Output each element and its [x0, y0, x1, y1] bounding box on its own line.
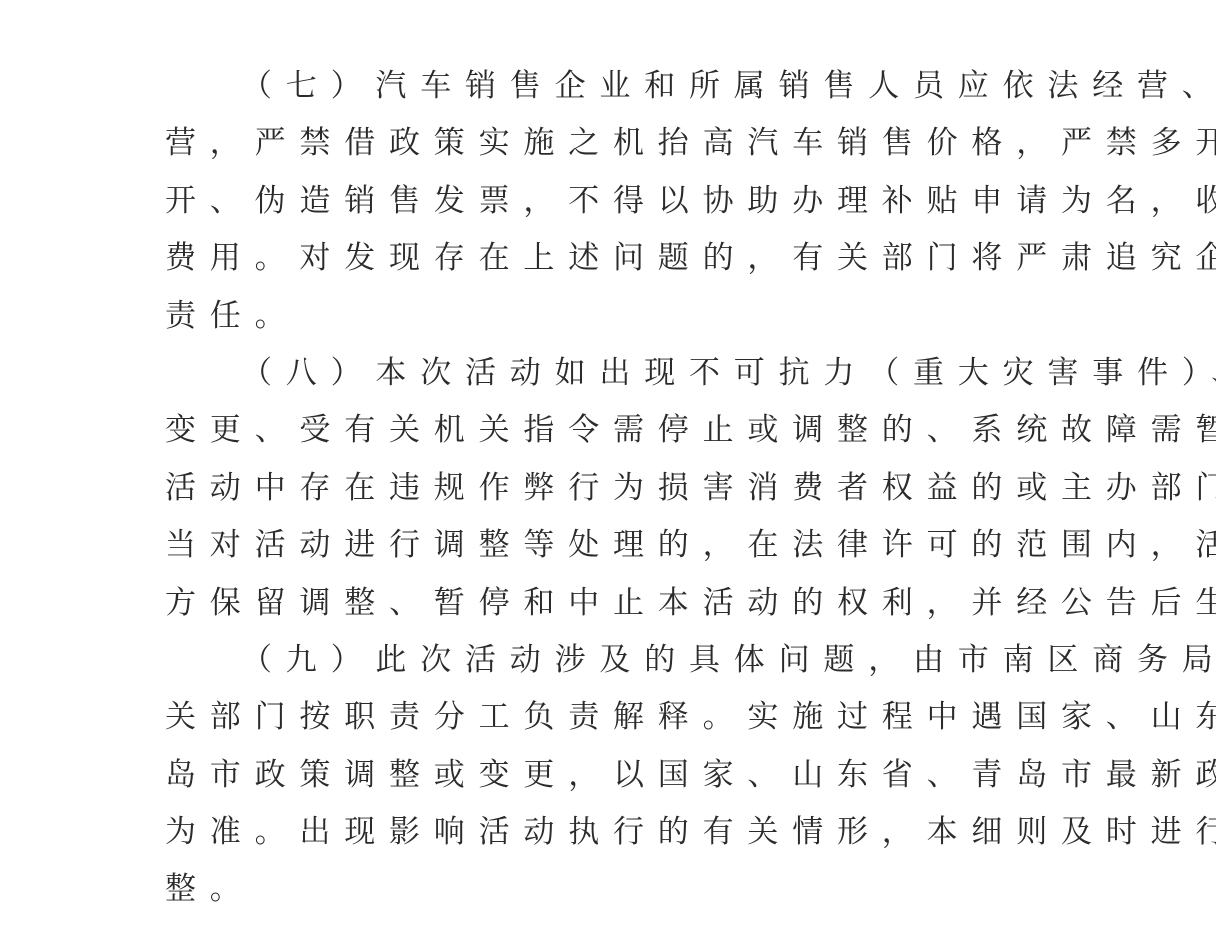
text-line: 责任。: [165, 288, 1070, 345]
text-line: 营，严禁借政策实施之机抬高汽车销售价格，严禁多开、虚: [165, 115, 1070, 172]
paragraph-item-9: （九）此次活动涉及的具体问题，由市南区商务局会同有 关部门按职责分工负责解释。实…: [165, 632, 1070, 919]
text-line: （八）本次活动如出现不可抗力（重大灾害事件）、情势: [165, 345, 1070, 402]
paragraph-item-8: （八）本次活动如出现不可抗力（重大灾害事件）、情势 变更、受有关机关指令需停止或…: [165, 345, 1070, 632]
text-line: 为准。出现影响活动执行的有关情形，本细则及时进行优化调: [165, 804, 1070, 861]
document-body: （七）汽车销售企业和所属销售人员应依法经营、诚信经 营，严禁借政策实施之机抬高汽…: [165, 58, 1070, 919]
text-line: 当对活动进行调整等处理的，在法律许可的范围内，活动主办: [165, 517, 1070, 574]
text-line: 岛市政策调整或变更，以国家、山东省、青岛市最新政策规定: [165, 747, 1070, 804]
paragraph-item-7: （七）汽车销售企业和所属销售人员应依法经营、诚信经 营，严禁借政策实施之机抬高汽…: [165, 58, 1070, 345]
text-line: 变更、受有关机关指令需停止或调整的、系统故障需暂停的、: [165, 402, 1070, 459]
text-line: （九）此次活动涉及的具体问题，由市南区商务局会同有: [165, 632, 1070, 689]
text-line: 开、伪造销售发票，不得以协助办理补贴申请为名，收取任何: [165, 173, 1070, 230]
text-line: 方保留调整、暂停和中止本活动的权利，并经公告后生效。: [165, 575, 1070, 632]
text-line: （七）汽车销售企业和所属销售人员应依法经营、诚信经: [165, 58, 1070, 115]
text-line: 整。: [165, 861, 1070, 918]
text-line: 费用。对发现存在上述问题的，有关部门将严肃追究企业相关: [165, 230, 1070, 287]
text-line: 关部门按职责分工负责解释。实施过程中遇国家、山东省、青: [165, 689, 1070, 746]
text-line: 活动中存在违规作弊行为损害消费者权益的或主办部门认为应: [165, 460, 1070, 517]
